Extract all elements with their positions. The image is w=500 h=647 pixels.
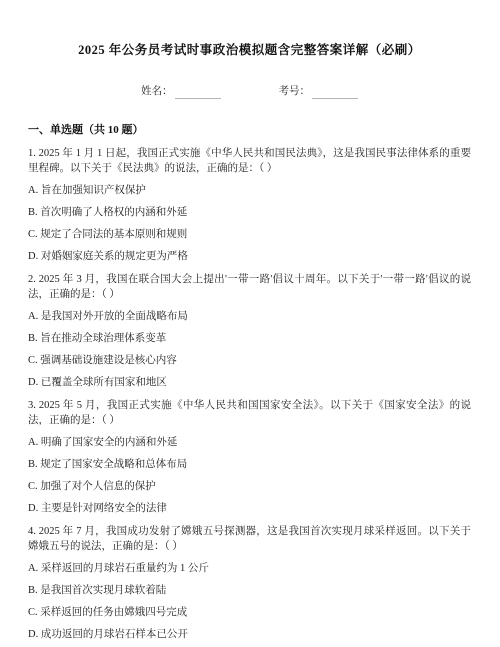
question-stem: 4. 2025 年 7 月，我国成功发射了嫦娥五号探测器，这是我国首次实现月球采… bbox=[28, 524, 471, 554]
question-option-b: B. 规定了国家安全战略和总体布局 bbox=[28, 457, 471, 472]
question-option-a: A. 明确了国家安全的内涵和外延 bbox=[28, 435, 471, 450]
question-stem: 2. 2025 年 3 月，我国在联合国大会上提出'一带一路'倡议十周年。以下关… bbox=[28, 272, 471, 302]
question-option-c: C. 加强了对个人信息的保护 bbox=[28, 479, 471, 494]
question-block-2: 2. 2025 年 3 月，我国在联合国大会上提出'一带一路'倡议十周年。以下关… bbox=[28, 272, 471, 390]
question-option-c: C. 采样返回的任务由嫦娥四号完成 bbox=[28, 605, 471, 620]
section-heading: 一、单选题（共 10 题） bbox=[28, 123, 471, 138]
question-option-d: D. 成功返回的月球岩石样本已公开 bbox=[28, 627, 471, 642]
question-block-3: 3. 2025 年 5 月，我国正式实施《中华人民共和国国家安全法》。以下关于《… bbox=[28, 398, 471, 516]
exam-number-field: 考号： bbox=[279, 85, 359, 99]
page-title: 2025 年公务员考试时事政治模拟题含完整答案详解（必刷） bbox=[28, 42, 471, 59]
question-stem: 3. 2025 年 5 月，我国正式实施《中华人民共和国国家安全法》。以下关于《… bbox=[28, 398, 471, 428]
name-label: 姓名： bbox=[141, 85, 173, 99]
question-option-c: C. 强调基础设施建设是核心内容 bbox=[28, 353, 471, 368]
question-option-b: B. 首次明确了人格权的内涵和外延 bbox=[28, 205, 471, 220]
question-option-b: B. 是我国首次实现月球软着陆 bbox=[28, 583, 471, 598]
question-option-a: A. 是我国对外开放的全面战略布局 bbox=[28, 309, 471, 324]
question-option-b: B. 旨在推动全球治理体系变革 bbox=[28, 331, 471, 346]
question-option-a: A. 采样返回的月球岩石重量约为 1 公斤 bbox=[28, 561, 471, 576]
question-option-d: D. 对婚姻家庭关系的规定更为严格 bbox=[28, 249, 471, 264]
exam-number-label: 考号： bbox=[279, 85, 311, 99]
question-option-d: D. 已覆盖全球所有国家和地区 bbox=[28, 375, 471, 390]
exam-document-page: 2025 年公务员考试时事政治模拟题含完整答案详解（必刷） 姓名： 考号： 一、… bbox=[0, 0, 500, 647]
question-stem: 1. 2025 年 1 月 1 日起，我国正式实施《中华人民共和国民法典》，这是… bbox=[28, 146, 471, 176]
question-block-4: 4. 2025 年 7 月，我国成功发射了嫦娥五号探测器，这是我国首次实现月球采… bbox=[28, 524, 471, 642]
question-option-c: C. 规定了合同法的基本原则和规则 bbox=[28, 227, 471, 242]
question-option-a: A. 旨在加强知识产权保护 bbox=[28, 183, 471, 198]
exam-number-fill-line bbox=[312, 87, 358, 99]
name-field: 姓名： bbox=[141, 85, 221, 99]
candidate-info-row: 姓名： 考号： bbox=[28, 85, 471, 99]
name-fill-line bbox=[175, 87, 221, 99]
question-block-1: 1. 2025 年 1 月 1 日起，我国正式实施《中华人民共和国民法典》，这是… bbox=[28, 146, 471, 264]
question-option-d: D. 主要是针对网络安全的法律 bbox=[28, 501, 471, 516]
